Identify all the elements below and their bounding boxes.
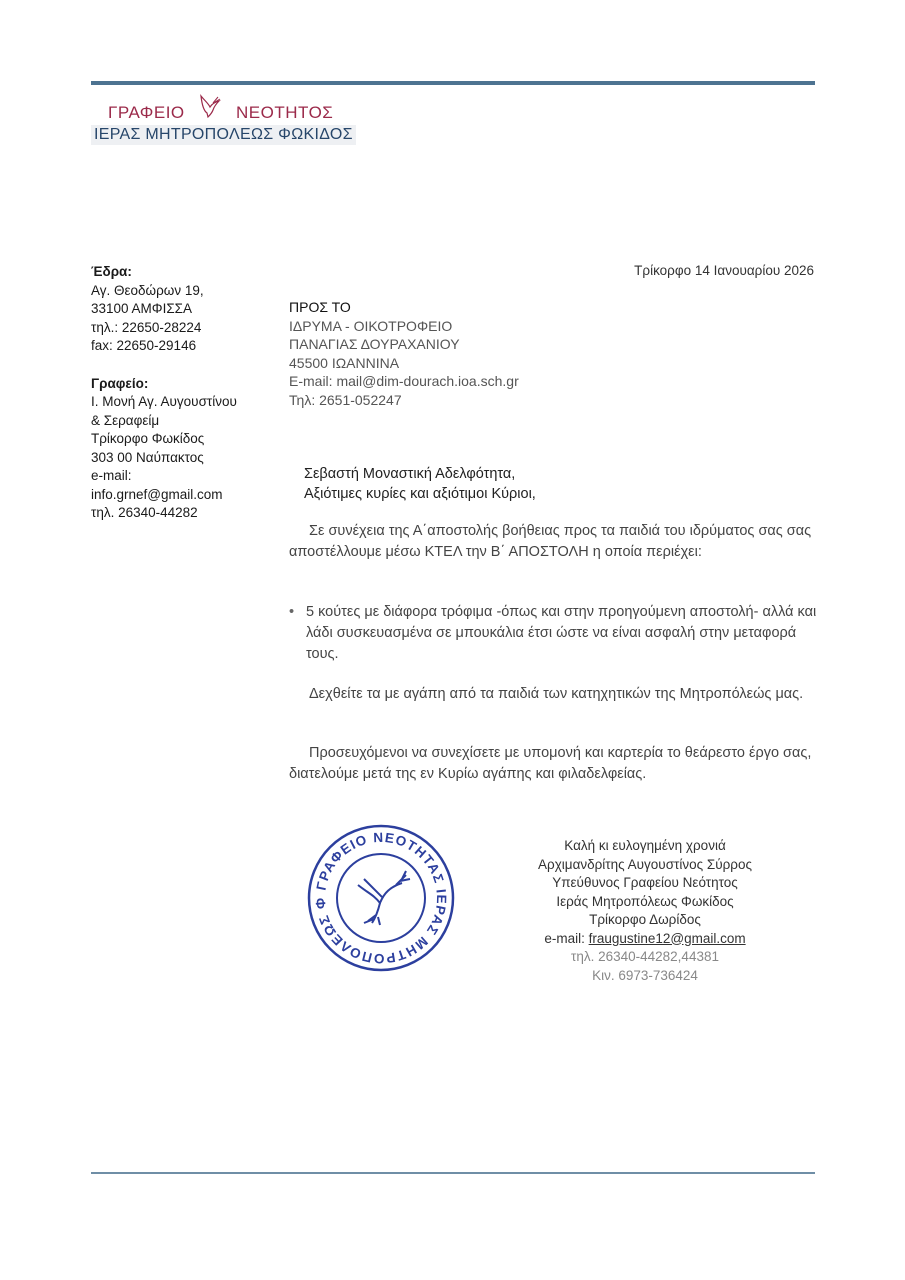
letterhead-logo: ΓΡΑΦΕΙΟ ΝΕΟΤΗΤΟΣ ΙΕΡΑΣ ΜΗΤΡΟΠΟΛΕΩΣ ΦΩΚΙΔ…: [91, 95, 331, 147]
greeting-line: Αξιότιμες κυρίες και αξιότιμοι Κύριοι,: [304, 484, 536, 504]
email-label: e-mail:: [544, 931, 588, 946]
signature-email-line: e-mail: fraugustine12@gmail.com: [505, 930, 785, 949]
office-email[interactable]: info.grnef@gmail.com: [91, 486, 281, 505]
logo-title-part1: ΓΡΑΦΕΙΟ: [108, 103, 185, 122]
logo-title-part2: ΝΕΟΤΗΤΟΣ: [236, 103, 333, 123]
paragraph-text: Δεχθείτε τα με αγάπη από τα παιδιά των κ…: [309, 686, 803, 702]
greeting: Σεβαστή Μοναστική Αδελφότητα, Αξιότιμες …: [304, 464, 536, 504]
office-phone: τηλ. 26340-44282: [91, 504, 281, 523]
seat-phone: τηλ.: 22650-28224: [91, 319, 281, 338]
seat-address: Αγ. Θεοδώρων 19,: [91, 282, 281, 301]
office-line: Τρίκορφο Φωκίδος: [91, 430, 281, 449]
recipient-phone: Τηλ: 2651-052247: [289, 391, 519, 410]
body-paragraph-1: Σε συνέχεια της Α΄αποστολής βοήθειας προ…: [289, 521, 819, 563]
letter-date: Τρίκορφο 14 Ιανουαρίου 2026: [634, 263, 814, 278]
office-line: Ι. Μονή Αγ. Αυγουστίνου: [91, 393, 281, 412]
dove-icon: [199, 93, 221, 119]
body-paragraph-2: Δεχθείτε τα με αγάπη από τα παιδιά των κ…: [289, 684, 819, 705]
signature-line: Ιεράς Μητροπόλεως Φωκίδος: [505, 893, 785, 912]
seat-label: Έδρα:: [91, 263, 281, 282]
bullet-icon: •: [289, 602, 294, 623]
signatory-title: Υπεύθυνος Γραφείου Νεότητος: [505, 874, 785, 893]
footer-rule: [91, 1172, 815, 1174]
seat-city: 33100 ΑΜΦΙΣΣΑ: [91, 300, 281, 319]
sender-sidebar: Έδρα: Αγ. Θεοδώρων 19, 33100 ΑΜΦΙΣΣΑ τηλ…: [91, 263, 281, 523]
signatory-name: Αρχιμανδρίτης Αυγουστίνος Σύρρος: [505, 856, 785, 875]
signature-block: Καλή κι ευλογημένη χρονιά Αρχιμανδρίτης …: [505, 837, 785, 985]
signature-line: Τρίκορφο Δωρίδος: [505, 911, 785, 930]
office-line: & Σεραφείμ: [91, 412, 281, 431]
body-paragraph-3: Προσευχόμενοι να συνεχίσετε με υπομονή κ…: [289, 743, 819, 785]
office-email-label: e-mail:: [91, 467, 281, 486]
greeting-line: Σεβαστή Μοναστική Αδελφότητα,: [304, 464, 536, 484]
bullet-list: • 5 κούτες με διάφορα τρόφιμα -όπως και …: [289, 602, 819, 665]
office-line: 303 00 Ναύπακτος: [91, 449, 281, 468]
signature-line: Καλή κι ευλογημένη χρονιά: [505, 837, 785, 856]
logo-subtitle: ΙΕΡΑΣ ΜΗΤΡΟΠΟΛΕΩΣ ΦΩΚΙΔΟΣ: [91, 125, 356, 145]
logo-title: ΓΡΑΦΕΙΟ ΝΕΟΤΗΤΟΣ: [108, 103, 185, 123]
recipient-line: ΙΔΡΥΜΑ - ΟΙΚΟΤΡΟΦΕΙΟ: [289, 317, 519, 336]
recipient-block: ΠΡΟΣ ΤΟ ΙΔΡΥΜΑ - ΟΙΚΟΤΡΟΦΕΙΟ ΠΑΝΑΓΙΑΣ ΔΟ…: [289, 298, 519, 409]
recipient-heading: ΠΡΟΣ ΤΟ: [289, 298, 519, 317]
bullet-item: 5 κούτες με διάφορα τρόφιμα -όπως και στ…: [289, 602, 819, 665]
signature-mobile: Κιν. 6973-736424: [505, 967, 785, 986]
office-stamp: ΓΡΑΦΕΙΟ ΝΕΟΤΗΤΑΣ ΙΕΡΑΣ ΜΗΤΡΟΠΟΛΕΩΣ ΦΩΚΙΔ…: [306, 823, 456, 973]
dove-icon: [358, 871, 410, 925]
recipient-email: E-mail: mail@dim-dourach.ioa.sch.gr: [289, 372, 519, 391]
signature-email-link[interactable]: fraugustine12@gmail.com: [589, 931, 746, 946]
paragraph-text: Σε συνέχεια της Α΄αποστολής βοήθειας προ…: [289, 523, 811, 560]
paragraph-text: Προσευχόμενοι να συνεχίσετε με υπομονή κ…: [289, 745, 811, 782]
recipient-line: ΠΑΝΑΓΙΑΣ ΔΟΥΡΑΧΑΝΙΟΥ: [289, 335, 519, 354]
recipient-line: 45500 ΙΩΑΝΝΙΝΑ: [289, 354, 519, 373]
signature-phone: τηλ. 26340-44282,44381: [505, 948, 785, 967]
header-rule: [91, 81, 815, 85]
office-label: Γραφείο:: [91, 375, 281, 394]
seat-fax: fax: 22650-29146: [91, 337, 281, 356]
